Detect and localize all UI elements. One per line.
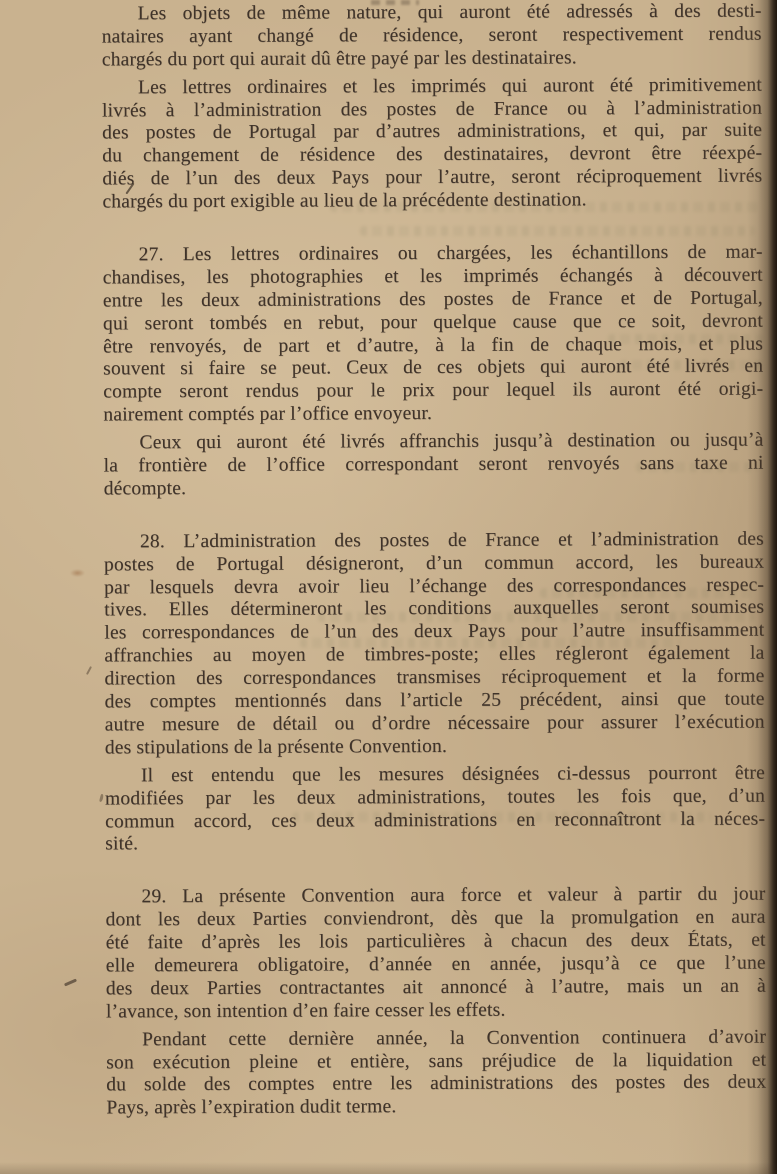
- text-line: compte seront rendus pour le prix pour l…: [103, 379, 763, 405]
- text-line: chargés du port qui aurait dû être payé …: [102, 46, 762, 72]
- text-line: être renvoyés, de part et d’autre, à la …: [103, 333, 763, 359]
- scanned-page: Les objets de même nature, qui auront ét…: [0, 0, 777, 1174]
- text-line: Les lettres ordinaires et les imprimés q…: [102, 74, 762, 100]
- paragraph: Les objets de même nature, qui auront ét…: [102, 1, 762, 73]
- text-line: livrés à l’administration des postes de …: [102, 97, 762, 123]
- text-line: dont les deux Parties conviendront, dès …: [106, 907, 766, 933]
- margin-mark: [99, 794, 104, 802]
- text-line: Ceux qui auront été livrés affranchis ju…: [103, 430, 763, 456]
- text-line: du solde des comptes entre les administr…: [106, 1072, 766, 1098]
- text-line: décompte.: [104, 475, 764, 501]
- text-line: modifiées par les deux administrations, …: [105, 785, 765, 811]
- text-line: direction des correspondances transmises…: [104, 666, 764, 692]
- text-line: des stipulations de la présente Conventi…: [105, 734, 765, 760]
- text-line: par lesquels devra avoir lieu l’échange …: [104, 574, 764, 600]
- text-line: nataires ayant changé de résidence, sero…: [102, 23, 762, 49]
- text-line: affranchies au moyen de timbres-poste; e…: [104, 643, 764, 669]
- text-line: autre mesure de détail ou d’ordre nécess…: [105, 711, 765, 737]
- text-line: les correspondances de l’un des deux Pay…: [104, 620, 764, 646]
- text-line: l’avance, son intention d’en faire cesse…: [106, 998, 766, 1024]
- article-paragraph-29: 29. La présente Convention aura force et…: [105, 884, 766, 1024]
- margin-mark: [64, 978, 77, 986]
- text-line: 28. L’administration des postes de Franc…: [104, 528, 764, 554]
- text-line: chargés du port exigible au lieu de la p…: [102, 189, 762, 215]
- text-line: des postes de Portugal par d’autres admi…: [102, 120, 762, 146]
- text-line: elle demeurera obligatoire, d’année en a…: [106, 953, 766, 979]
- text-line: 27. Les lettres ordinaires ou chargées, …: [103, 242, 763, 268]
- text-line: souvent si faire se peut. Ceux de ces ob…: [103, 356, 763, 382]
- text-line: été faite d’après les lois particulières…: [106, 930, 766, 956]
- text-line: du changement de résidence des destinata…: [102, 143, 762, 169]
- article-paragraph-28: 28. L’administration des postes de Franc…: [104, 528, 765, 760]
- text-line: Les objets de même nature, qui auront ét…: [102, 1, 762, 27]
- text-line: des comptes mentionnés dans l’article 25…: [105, 689, 765, 715]
- text-line: entre les deux administrations des poste…: [103, 287, 763, 313]
- margin-mark: [86, 666, 92, 675]
- text-line: chandises, les photographies et les impr…: [103, 264, 763, 290]
- article-paragraph-27: 27. Les lettres ordinaires ou chargées, …: [103, 242, 764, 428]
- paragraph: Ceux qui auront été livrés affranchis ju…: [103, 430, 763, 502]
- text-line: nairement comptés par l’office envoyeur.: [103, 402, 763, 428]
- margin-mark: [70, 569, 85, 577]
- text-line: postes de Portugal désigneront, d’un com…: [104, 551, 764, 577]
- text-line: son exécution pleine et entière, sans pr…: [106, 1049, 766, 1075]
- text-line: Pays, après l’expiration dudit terme.: [106, 1095, 766, 1121]
- text-line: qui seront tombés en rebut, pour quelque…: [103, 310, 763, 336]
- text-line: tives. Elles détermineront les condition…: [104, 597, 764, 623]
- paragraph: Il est entendu que les mesures désignées…: [105, 762, 765, 856]
- paragraph: Pendant cette dernière année, la Convent…: [106, 1026, 766, 1120]
- text-line: la frontière de l’office correspondant s…: [104, 453, 764, 479]
- page-edge-shadow: [0, 1162, 777, 1174]
- text-line: des deux Parties contractantes ait annon…: [106, 975, 766, 1001]
- text-line: 29. La présente Convention aura force et…: [105, 884, 765, 910]
- text-block: Les objets de même nature, qui auront ét…: [102, 1, 767, 1121]
- text-line: Pendant cette dernière année, la Convent…: [106, 1026, 766, 1052]
- text-line: Il est entendu que les mesures désignées…: [105, 762, 765, 788]
- text-line: sité.: [105, 831, 765, 857]
- paragraph: Les lettres ordinaires et les imprimés q…: [102, 74, 763, 214]
- text-line: diés de l’un des deux Pays pour l’autre,…: [102, 166, 762, 192]
- text-line: commun accord, ces deux administrations …: [105, 808, 765, 834]
